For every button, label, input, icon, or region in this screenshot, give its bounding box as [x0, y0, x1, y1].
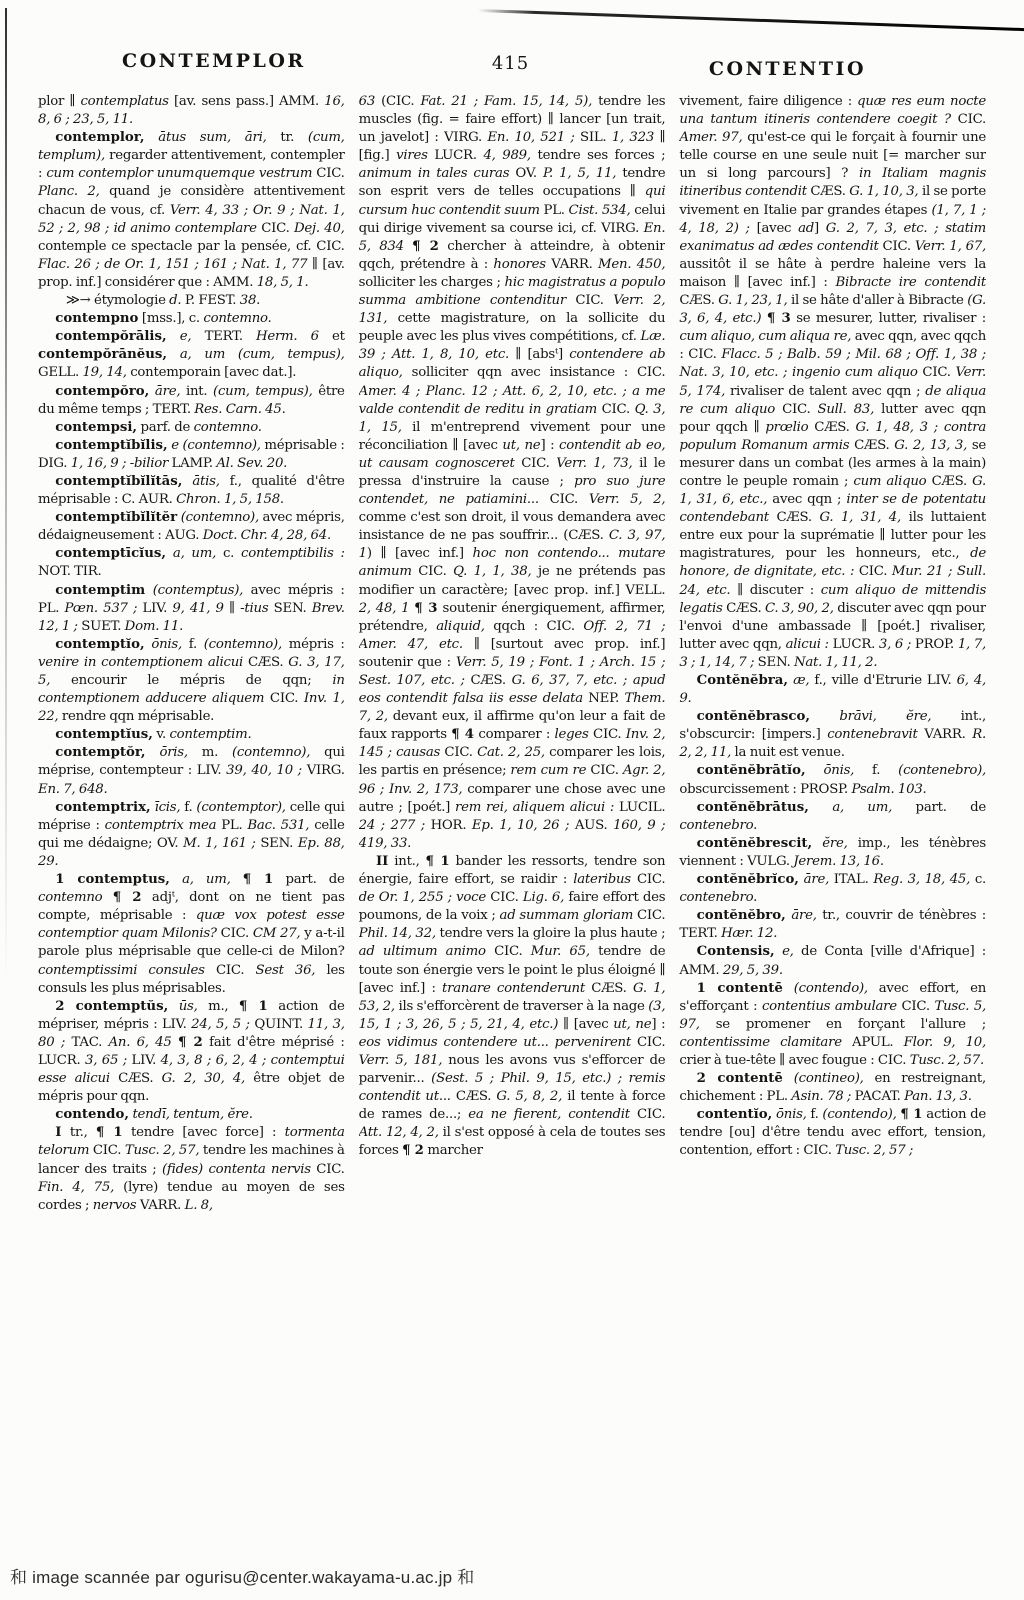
entry-paragraph: vivement, faire diligence : quæ res eum …: [679, 93, 986, 672]
entry-paragraph: contentĭo, ōnis, f. (contendo), ¶ 1 acti…: [679, 1106, 986, 1160]
entry-paragraph: II int., ¶ 1 bander les ressorts, tendre…: [359, 853, 666, 1161]
entry-paragraph: 63 (CIC. Fat. 21 ; Fam. 15, 14, 5), tend…: [359, 93, 666, 853]
entry-paragraph: contempŏro, āre, int. (cum, tempus), êtr…: [38, 383, 345, 419]
entry-paragraph: contemplor, ātus sum, āri, tr. (cum, tem…: [38, 129, 345, 292]
column-left: plor ∥ contemplatus [av. sens pass.] AMM…: [38, 93, 345, 1545]
entry-paragraph: Contensis, e, de Conta [ville d'Afrique]…: [679, 943, 986, 979]
entry-paragraph: contempŏrālis, e, TERT. Herm. 6 et conte…: [38, 328, 345, 382]
scan-artifact-left-edge-line: [5, 8, 7, 1158]
running-head-right: CONTENTIO: [709, 58, 866, 80]
entry-paragraph: contempno [mss.], c. contemno.: [38, 310, 345, 328]
entry-paragraph: contemptĭo, ōnis, f. (contemno), mépris …: [38, 636, 345, 726]
entry-paragraph: contemptrix, īcis, f. (contemptor), cell…: [38, 799, 345, 871]
column-right: vivement, faire diligence : quæ res eum …: [679, 93, 986, 1545]
entry-paragraph: 1 contentē (contendo), avec effort, en s…: [679, 980, 986, 1070]
entry-paragraph: contemptĭbĭlis, e (contemno), méprisable…: [38, 437, 345, 473]
entry-paragraph: 2 contentē (contineo), en restreignant, …: [679, 1070, 986, 1106]
entry-paragraph: contĕnĕbrātus, a, um, part. de contenebr…: [679, 799, 986, 835]
entry-paragraph: 2 contemptŭs, ūs, m., ¶ 1 action de mépr…: [38, 998, 345, 1107]
column-middle: 63 (CIC. Fat. 21 ; Fam. 15, 14, 5), tend…: [359, 93, 666, 1545]
entry-paragraph: contĕnĕbrĭco, āre, ITAL. Reg. 3, 18, 45,…: [679, 871, 986, 907]
entry-paragraph: contemptīcĭus, a, um, c. contemptibilis …: [38, 545, 345, 581]
entry-paragraph: contĕnĕbrātĭo, ōnis, f. (contenebro), ob…: [679, 762, 986, 798]
page-header: CONTEMPLOR 415 CONTENTIO: [0, 0, 1024, 93]
entry-paragraph: contĕnĕbrasco, brāvi, ĕre, int., s'obscu…: [679, 708, 986, 762]
entry-paragraph: contĕnĕbrescit, ĕre, imp., les ténèbres …: [679, 835, 986, 871]
entry-paragraph: contemptim (contemptus), avec mépris : P…: [38, 582, 345, 636]
entry-paragraph: ≫→ étymologie d. P. FEST. 38.: [38, 292, 345, 310]
entry-paragraph: contemptĭbĭlĭtĕr (contemno), avec mépris…: [38, 509, 345, 545]
entry-paragraph: I tr., ¶ 1 tendre [avec force] : torment…: [38, 1124, 345, 1214]
page-number: 415: [492, 53, 529, 74]
entry-paragraph: contendo, tendī, tentum, ĕre.: [38, 1106, 345, 1124]
entry-paragraph: contemptĭbĭlĭtās, ātis, f., qualité d'êt…: [38, 473, 345, 509]
entry-paragraph: plor ∥ contemplatus [av. sens pass.] AMM…: [38, 93, 345, 129]
entry-paragraph: contĕnĕbro, āre, tr., couvrir de ténèbre…: [679, 907, 986, 943]
entry-paragraph: contemptĭus, v. contemptim.: [38, 726, 345, 744]
entry-paragraph: contempsi, parf. de contemno.: [38, 419, 345, 437]
entry-paragraph: contemptŏr, ōris, m. (contemno), qui mép…: [38, 744, 345, 798]
entry-paragraph: 1 contemptus, a, um, ¶ 1 part. de contem…: [38, 871, 345, 998]
scanner-credit: 和 image scannée par ogurisu@center.wakay…: [10, 1563, 474, 1588]
entry-paragraph: Contĕnĕbra, æ, f., ville d'Etrurie LIV. …: [679, 672, 986, 708]
running-head-left: CONTEMPLOR: [122, 50, 306, 72]
scanned-dictionary-page: { "header": { "left_title": "CONTEMPLOR"…: [0, 0, 1024, 1600]
dictionary-columns: plor ∥ contemplatus [av. sens pass.] AMM…: [0, 93, 1024, 1545]
